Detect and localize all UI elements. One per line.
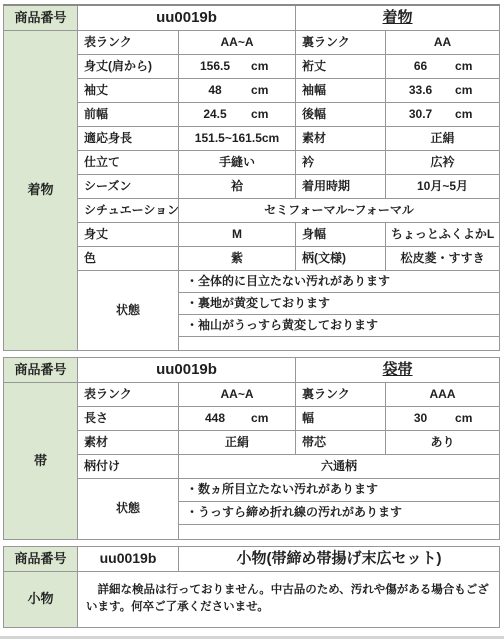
spec-value: 広衿 — [386, 150, 500, 174]
page-bottom-divider — [0, 636, 504, 639]
product-number-label: 商品番号 — [4, 546, 78, 571]
spec-value: 48 — [179, 83, 251, 97]
side-label-accessories: 小物 — [4, 571, 78, 627]
condition-item: ・数ヵ所目立たない汚れがあります — [179, 478, 500, 501]
spec-value: 正絹 — [386, 126, 500, 150]
spec-label: 袖丈 — [78, 78, 179, 102]
table-row: 身丈(肩から) 156.5cm 裄丈 66cm — [4, 54, 500, 78]
spec-value-unit: 156.5cm — [179, 54, 296, 78]
condition-item: ・裏地が黄変しております — [179, 292, 500, 314]
product-code: uu0019b — [78, 546, 179, 571]
spec-value: 正絹 — [179, 430, 296, 454]
spec-label: 表ランク — [78, 30, 179, 54]
condition-item: ・うっすら締め折れ線の汚れがあります — [179, 501, 500, 524]
spec-value: 30.7 — [386, 107, 455, 121]
spec-value: 紫 — [179, 246, 296, 270]
table-row: 長さ 448cm 幅 30cm — [4, 406, 500, 430]
section-title-text: 小物(帯締め帯揚げ末広セット) — [237, 550, 442, 567]
section-title-kimono: 着物 — [296, 5, 500, 30]
spec-value: AAA — [386, 382, 500, 406]
spec-label: 適応身長 — [78, 126, 179, 150]
section-title-text: 着物 — [383, 9, 413, 26]
spec-label: 幅 — [296, 406, 386, 430]
table-row: 袖丈 48cm 袖幅 33.6cm — [4, 78, 500, 102]
spec-label: 帯芯 — [296, 430, 386, 454]
spec-label: 後幅 — [296, 102, 386, 126]
table-row: 小物 詳細な検品は行っておりません。中古品のため、汚れや傷がある場合もございます… — [4, 571, 500, 627]
condition-label: 状態 — [78, 270, 179, 350]
unit-label: cm — [455, 59, 499, 73]
empty-cell — [179, 524, 500, 539]
spec-value: 156.5 — [179, 59, 251, 73]
side-label-kimono: 着物 — [4, 30, 78, 350]
table-row: 前幅 24.5cm 後幅 30.7cm — [4, 102, 500, 126]
table-row: シチュエーション セミフォーマル~フォーマル — [4, 198, 500, 222]
condition-item: ・全体的に目立たない汚れがあります — [179, 270, 500, 292]
table-row: 身丈 M 身幅 ちょっとふくよかL — [4, 222, 500, 246]
table-row: 状態 ・数ヵ所目立たない汚れがあります — [4, 478, 500, 501]
spec-label: シーズン — [78, 174, 179, 198]
spec-value: 30 — [386, 411, 455, 425]
spec-value: あり — [386, 430, 500, 454]
unit-label: cm — [455, 107, 499, 121]
obi-spec-table: 商品番号 uu0019b 袋帯 帯 表ランク AA~A 裏ランク AAA 長さ … — [3, 357, 500, 540]
spec-value: 66 — [386, 59, 455, 73]
spec-value: AA~A — [179, 30, 296, 54]
section-title-obi: 袋帯 — [296, 357, 500, 382]
spec-value-unit: 448cm — [179, 406, 296, 430]
spec-label: 袖幅 — [296, 78, 386, 102]
spec-label: 柄(文様) — [296, 246, 386, 270]
unit-label: cm — [251, 83, 295, 97]
unit-label: cm — [251, 107, 295, 121]
spec-value: 手縫い — [179, 150, 296, 174]
spec-value: 松皮菱・すすき — [386, 246, 500, 270]
table-row: 商品番号 uu0019b 小物(帯締め帯揚げ末広セット) — [4, 546, 500, 571]
spec-label: 長さ — [78, 406, 179, 430]
condition-label: 状態 — [78, 478, 179, 539]
accessories-note-text: 詳細な検品は行っておりません。中古品のため、汚れや傷がある場合もございます。何卒… — [86, 582, 491, 617]
spec-value-unit: 30.7cm — [386, 102, 500, 126]
section-title-text: 袋帯 — [383, 361, 413, 378]
unit-label: cm — [455, 83, 499, 97]
table-row: 商品番号 uu0019b 着物 — [4, 5, 500, 30]
spec-value: M — [179, 222, 296, 246]
spec-value-unit: 24.5cm — [179, 102, 296, 126]
accessories-note: 詳細な検品は行っておりません。中古品のため、汚れや傷がある場合もございます。何卒… — [78, 571, 500, 627]
table-row: 適応身長 151.5~161.5cm 素材 正絹 — [4, 126, 500, 150]
spec-label: 仕立て — [78, 150, 179, 174]
table-row: 色 紫 柄(文様) 松皮菱・すすき — [4, 246, 500, 270]
spec-value: AA — [386, 30, 500, 54]
empty-cell — [179, 336, 500, 350]
spec-label: 柄付け — [78, 454, 179, 478]
spec-value-unit: 48cm — [179, 78, 296, 102]
spec-label: 裄丈 — [296, 54, 386, 78]
product-code: uu0019b — [78, 357, 296, 382]
accessories-spec-table: 商品番号 uu0019b 小物(帯締め帯揚げ末広セット) 小物 詳細な検品は行っ… — [3, 546, 500, 628]
spec-label: 表ランク — [78, 382, 179, 406]
spec-value-span: 六通柄 — [179, 454, 500, 478]
kimono-spec-table: 商品番号 uu0019b 着物 着物 表ランク AA~A 裏ランク AA 身丈(… — [3, 4, 500, 351]
spec-label: シチュエーション — [78, 198, 179, 222]
product-spec-sheet: 商品番号 uu0019b 着物 着物 表ランク AA~A 裏ランク AA 身丈(… — [0, 0, 504, 640]
spec-value: 33.6 — [386, 83, 455, 97]
product-code: uu0019b — [78, 5, 296, 30]
spec-label: 着用時期 — [296, 174, 386, 198]
table-row: 素材 正絹 帯芯 あり — [4, 430, 500, 454]
condition-item: ・袖山がうっすら黄変しております — [179, 314, 500, 336]
table-row: 商品番号 uu0019b 袋帯 — [4, 357, 500, 382]
table-row: 帯 表ランク AA~A 裏ランク AAA — [4, 382, 500, 406]
product-number-label: 商品番号 — [4, 5, 78, 30]
spec-value: 24.5 — [179, 107, 251, 121]
spec-value-unit: 33.6cm — [386, 78, 500, 102]
spec-value: ちょっとふくよかL — [386, 222, 500, 246]
spec-value: 袷 — [179, 174, 296, 198]
table-row: シーズン 袷 着用時期 10月~5月 — [4, 174, 500, 198]
spec-value: 448 — [179, 411, 251, 425]
spec-label: 素材 — [78, 430, 179, 454]
spec-label: 身幅 — [296, 222, 386, 246]
spec-value-unit: 66cm — [386, 54, 500, 78]
unit-label: cm — [251, 59, 295, 73]
product-number-label: 商品番号 — [4, 357, 78, 382]
spec-label: 身丈 — [78, 222, 179, 246]
table-row: 着物 表ランク AA~A 裏ランク AA — [4, 30, 500, 54]
spec-label: 素材 — [296, 126, 386, 150]
spec-value: 10月~5月 — [386, 174, 500, 198]
spec-value: AA~A — [179, 382, 296, 406]
table-row: 仕立て 手縫い 衿 広衿 — [4, 150, 500, 174]
spec-label: 身丈(肩から) — [78, 54, 179, 78]
side-label-obi: 帯 — [4, 382, 78, 539]
spec-value-unit: 30cm — [386, 406, 500, 430]
spec-value: 151.5~161.5cm — [179, 126, 296, 150]
table-row: 状態 ・全体的に目立たない汚れがあります — [4, 270, 500, 292]
unit-label: cm — [251, 411, 295, 425]
spec-label: 色 — [78, 246, 179, 270]
unit-label: cm — [455, 411, 499, 425]
spec-value-span: セミフォーマル~フォーマル — [179, 198, 500, 222]
table-row: 柄付け 六通柄 — [4, 454, 500, 478]
spec-label: 裏ランク — [296, 30, 386, 54]
spec-label: 衿 — [296, 150, 386, 174]
spec-label: 裏ランク — [296, 382, 386, 406]
section-title-accessories: 小物(帯締め帯揚げ末広セット) — [179, 546, 500, 571]
spec-label: 前幅 — [78, 102, 179, 126]
